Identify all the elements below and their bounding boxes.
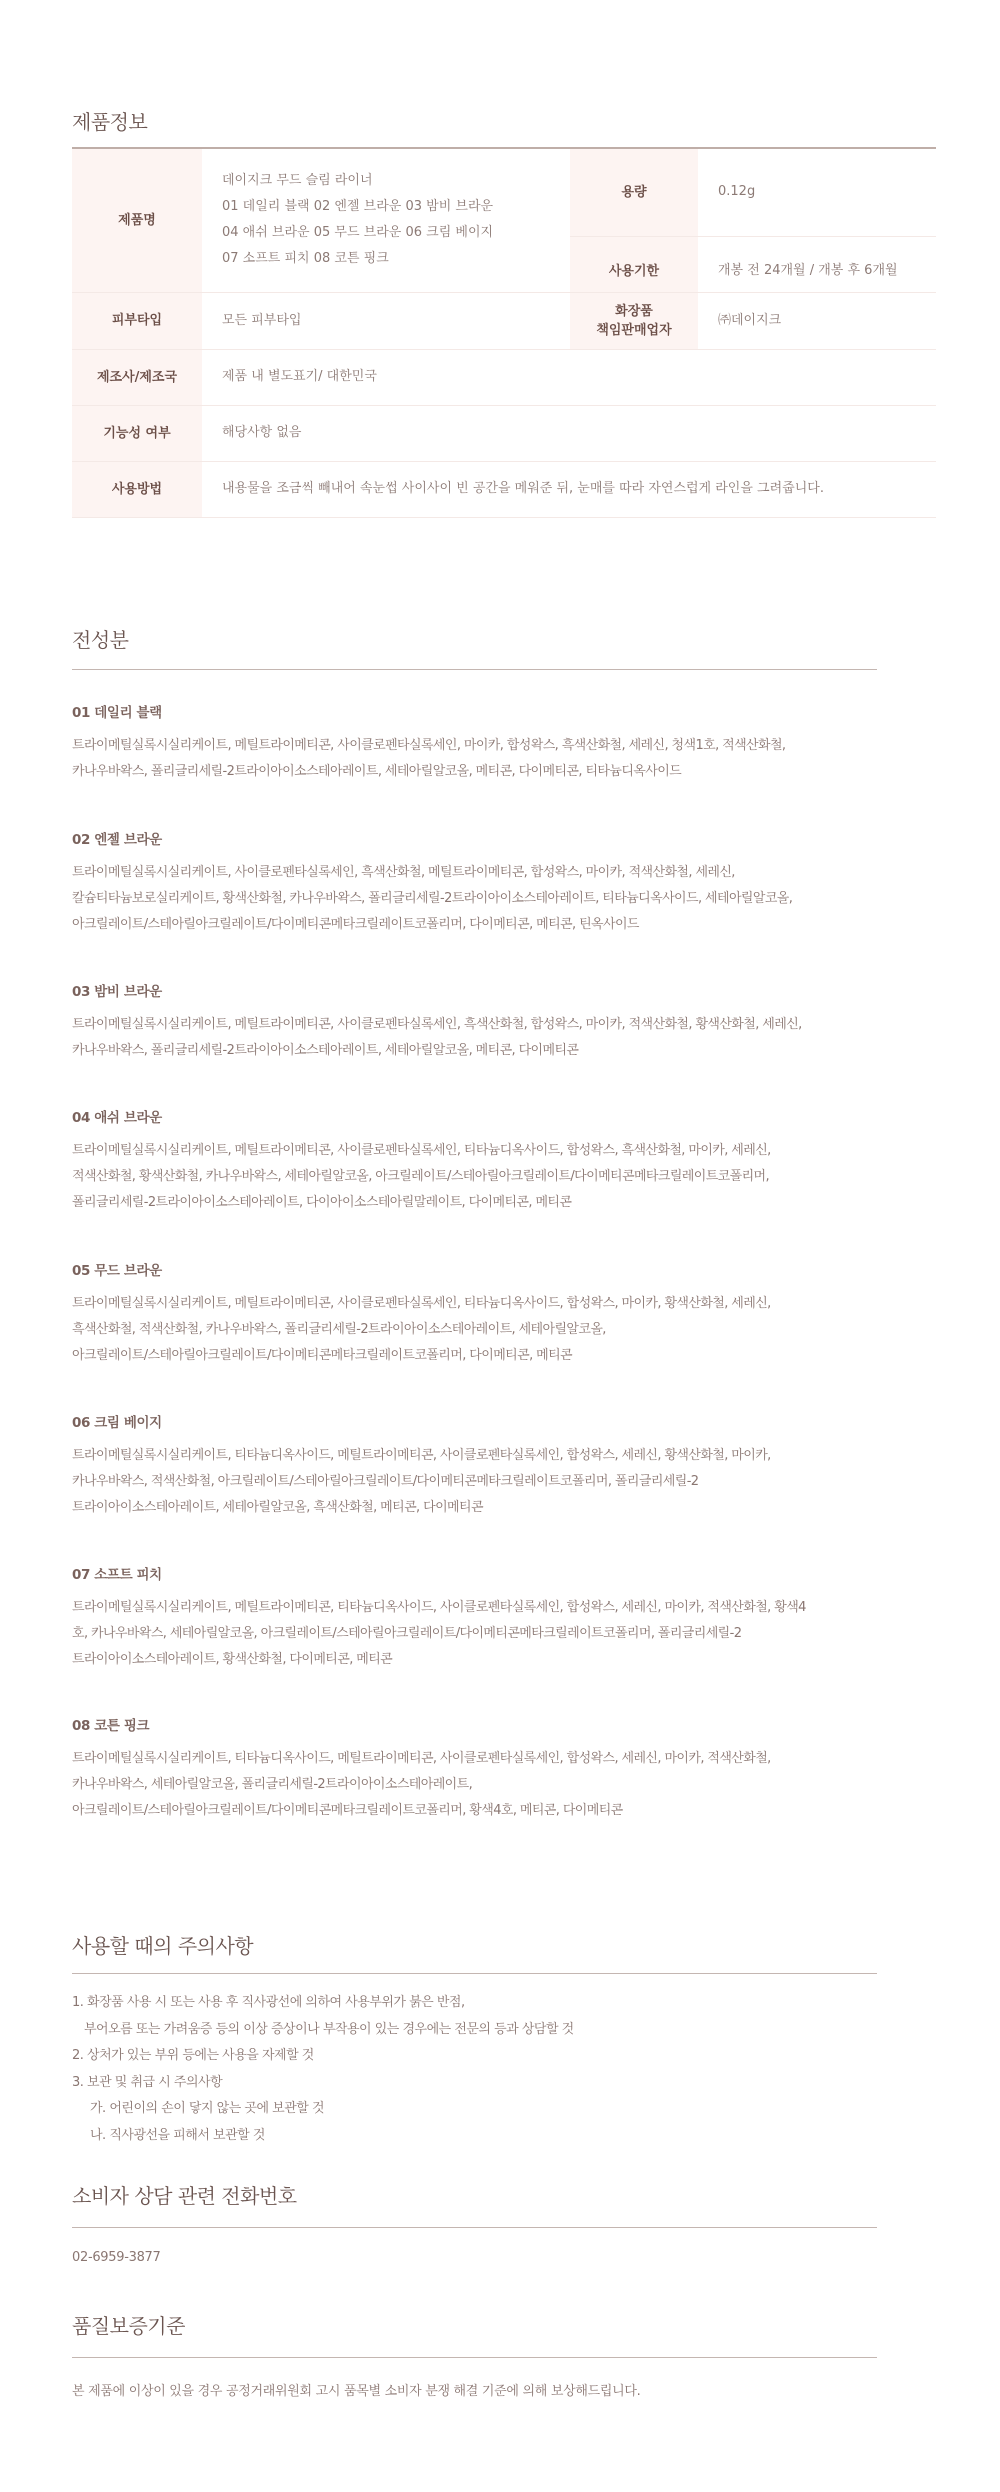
manufacturer-label: 제조사/제조국 [72, 349, 202, 405]
variant-name: 06 크림 베이지 [72, 1413, 936, 1433]
ingredient-list: 트라이메틸실록시실리케이트, 메틸트라이메티콘, 티타늄디옥사이드, 사이클로펜… [72, 1595, 912, 1673]
ingredient-line: 적색산화철, 황색산화철, 카나우바왁스, 세테아릴알코올, 아크릴레이트/스테… [72, 1164, 912, 1190]
ingredient-line: 트라이아이소스테아레이트, 황색산화철, 다이메티콘, 메티콘 [72, 1647, 912, 1673]
ingredient-line: 트라이메틸실록시실리케이트, 메틸트라이메티콘, 사이클로펜타실록세인, 마이카… [72, 733, 912, 759]
ingredient-line: 트라이메틸실록시실리케이트, 메틸트라이메티콘, 사이클로펜타실록세인, 티타늄… [72, 1291, 912, 1317]
usage-value: 내용물을 조금씩 빼내어 속눈썹 사이사이 빈 공간을 메워준 뒤, 눈매를 따… [202, 461, 936, 517]
variant-name: 07 소프트 피치 [72, 1565, 936, 1585]
ingredient-line: 흑색산화철, 적색산화철, 카나우바왁스, 폴리글리세릴-2트라이아이소스테아레… [72, 1317, 912, 1343]
variant-name: 03 밤비 브라운 [72, 982, 936, 1002]
variant-name: 01 데일리 블랙 [72, 703, 936, 723]
volume-value: 0.12g [698, 148, 936, 236]
variant-name: 05 무드 브라운 [72, 1261, 936, 1281]
cautions-header: 사용할 때의 주의사항 [72, 1930, 877, 1974]
table-row: 피부타입 모든 피부타입 화장품 책임판매업자 ㈜데이지크 [72, 292, 936, 349]
ingredient-line: 트라이메틸실록시실리케이트, 티타늄디옥사이드, 메틸트라이메티콘, 사이클로펜… [72, 1746, 912, 1772]
ingredient-list: 트라이메틸실록시실리케이트, 메틸트라이메티콘, 사이클로펜타실록세인, 티타늄… [72, 1138, 912, 1216]
ingredient-line: 칼슘티타늄보로실리케이트, 황색산화철, 카나우바왁스, 폴리글리세릴-2트라이… [72, 886, 912, 912]
ingredient-list: 트라이메틸실록시실리케이트, 사이클로펜타실록세인, 흑색산화철, 메틸트라이메… [72, 860, 912, 938]
caution-item: 가. 어린이의 손이 닿지 않는 곳에 보관할 것 [72, 2096, 877, 2123]
ingredient-line: 폴리글리세릴-2트라이아이소스테아레이트, 다이아이소스테아릴말레이트, 다이메… [72, 1190, 912, 1216]
product-name-label: 제품명 [72, 148, 202, 292]
ingredient-line: 카나우바왁스, 폴리글리세릴-2트라이아이소스테아레이트, 세테아릴알코올, 메… [72, 1038, 912, 1064]
ingredient-line: 호, 카나우바왁스, 세테아릴알코올, 아크릴레이트/스테아릴아크릴레이트/다이… [72, 1621, 912, 1647]
table-row: 제조사/제조국 제품 내 별도표기/ 대한민국 [72, 349, 936, 405]
ingredient-list: 트라이메틸실록시실리케이트, 메틸트라이메티콘, 사이클로펜타실록세인, 흑색산… [72, 1012, 912, 1064]
ingredient-line: 카나우바왁스, 세테아릴알코올, 폴리글리세릴-2트라이아이소스테아레이트, [72, 1772, 912, 1798]
divider [72, 669, 877, 670]
ingredient-group: 04 애쉬 브라운 트라이메틸실록시실리케이트, 메틸트라이메티콘, 사이클로펜… [72, 1108, 936, 1216]
ingredient-line: 카나우바왁스, 폴리글리세릴-2트라이아이소스테아레이트, 세테아릴알코올, 메… [72, 759, 912, 785]
ingredient-group: 05 무드 브라운 트라이메틸실록시실리케이트, 메틸트라이메티콘, 사이클로펜… [72, 1261, 936, 1369]
ingredient-line: 트라이메틸실록시실리케이트, 사이클로펜타실록세인, 흑색산화철, 메틸트라이메… [72, 860, 912, 886]
product-name-value: 데이지크 무드 슬림 라이너 01 데일리 블랙 02 엔젤 브라운 03 밤비… [202, 148, 570, 292]
ingredient-line: 트라이메틸실록시실리케이트, 티타늄디옥사이드, 메틸트라이메티콘, 사이클로펜… [72, 1443, 912, 1469]
consumer-phone-value: 02-6959-3877 [72, 2250, 877, 2265]
ingredient-line: 아크릴레이트/스테아릴아크릴레이트/다이메티콘메타크릴레이트코폴리머, 다이메티… [72, 1343, 912, 1369]
expiry-label: 사용기한 [570, 236, 698, 292]
ingredient-group: 03 밤비 브라운 트라이메틸실록시실리케이트, 메틸트라이메티콘, 사이클로펜… [72, 982, 936, 1064]
variant-name: 02 엔젤 브라운 [72, 830, 936, 850]
divider [72, 2227, 877, 2228]
product-name-line: 04 애쉬 브라운 05 무드 브라운 06 크림 베이지 [222, 220, 570, 246]
divider [72, 1973, 877, 1974]
cautions-list: 1. 화장품 사용 시 또는 사용 후 직사광선에 의하여 사용부위가 붉은 반… [72, 1990, 877, 2149]
seller-label-line: 책임판매업자 [570, 321, 698, 340]
ingredient-line: 아크릴레이트/스테아릴아크릴레이트/다이메티콘메타크릴레이트코폴리머, 황색4호… [72, 1798, 912, 1824]
skin-type-label: 피부타입 [72, 292, 202, 349]
functional-value: 해당사항 없음 [202, 405, 936, 461]
caution-item: 3. 보관 및 취급 시 주의사항 [72, 2070, 877, 2097]
seller-value: ㈜데이지크 [698, 292, 936, 349]
product-name-line: 07 소프트 피치 08 코튼 핑크 [222, 246, 570, 272]
seller-label-line: 화장품 [570, 302, 698, 321]
ingredient-list: 트라이메틸실록시실리케이트, 메틸트라이메티콘, 사이클로펜타실록세인, 마이카… [72, 733, 912, 785]
expiry-value: 개봉 전 24개월 / 개봉 후 6개월 [698, 236, 936, 292]
cautions-title: 사용할 때의 주의사항 [72, 1930, 877, 1959]
caution-item: 나. 직사광선을 피해서 보관할 것 [72, 2123, 877, 2150]
product-info-table: 제품명 데이지크 무드 슬림 라이너 01 데일리 블랙 02 엔젤 브라운 0… [72, 147, 936, 518]
ingredient-line: 트라이아이소스테아레이트, 세테아릴알코올, 흑색산화철, 메티콘, 다이메티콘 [72, 1495, 912, 1521]
caution-item: 1. 화장품 사용 시 또는 사용 후 직사광선에 의하여 사용부위가 붉은 반… [72, 1990, 877, 2017]
caution-item: 2. 상처가 있는 부위 등에는 사용을 자제할 것 [72, 2043, 877, 2070]
variant-name: 04 애쉬 브라운 [72, 1108, 936, 1128]
table-row: 사용방법 내용물을 조금씩 빼내어 속눈썹 사이사이 빈 공간을 메워준 뒤, … [72, 461, 936, 517]
ingredient-line: 트라이메틸실록시실리케이트, 메틸트라이메티콘, 사이클로펜타실록세인, 티타늄… [72, 1138, 912, 1164]
ingredient-list: 트라이메틸실록시실리케이트, 티타늄디옥사이드, 메틸트라이메티콘, 사이클로펜… [72, 1443, 912, 1521]
volume-label: 용량 [570, 148, 698, 236]
ingredient-line: 카나우바왁스, 적색산화철, 아크릴레이트/스테아릴아크릴레이트/다이메티콘메타… [72, 1469, 912, 1495]
variant-name: 08 코튼 핑크 [72, 1716, 936, 1736]
quality-header: 품질보증기준 [72, 2310, 877, 2358]
caution-item: 부어오름 또는 가려움증 등의 이상 증상이나 부작용이 있는 경우에는 전문의… [72, 2017, 877, 2044]
product-name-line: 01 데일리 블랙 02 엔젤 브라운 03 밤비 브라운 [222, 194, 570, 220]
table-row: 기능성 여부 해당사항 없음 [72, 405, 936, 461]
seller-label: 화장품 책임판매업자 [570, 292, 698, 349]
divider [72, 2357, 877, 2358]
ingredients-title: 전성분 [72, 624, 877, 653]
functional-label: 기능성 여부 [72, 405, 202, 461]
ingredient-group: 02 엔젤 브라운 트라이메틸실록시실리케이트, 사이클로펜타실록세인, 흑색산… [72, 830, 936, 938]
consumer-phone-title: 소비자 상담 관련 전화번호 [72, 2180, 877, 2209]
ingredient-list: 트라이메틸실록시실리케이트, 메틸트라이메티콘, 사이클로펜타실록세인, 티타늄… [72, 1291, 912, 1369]
quality-title: 품질보증기준 [72, 2310, 877, 2339]
ingredient-group: 01 데일리 블랙 트라이메틸실록시실리케이트, 메틸트라이메티콘, 사이클로펜… [72, 703, 936, 785]
ingredient-group: 07 소프트 피치 트라이메틸실록시실리케이트, 메틸트라이메티콘, 티타늄디옥… [72, 1565, 936, 1673]
ingredient-line: 트라이메틸실록시실리케이트, 메틸트라이메티콘, 티타늄디옥사이드, 사이클로펜… [72, 1595, 912, 1621]
ingredient-line: 아크릴레이트/스테아릴아크릴레이트/다이메티콘메타크릴레이트코폴리머, 다이메티… [72, 912, 912, 938]
table-row: 제품명 데이지크 무드 슬림 라이너 01 데일리 블랙 02 엔젤 브라운 0… [72, 148, 936, 236]
ingredient-list: 트라이메틸실록시실리케이트, 티타늄디옥사이드, 메틸트라이메티콘, 사이클로펜… [72, 1746, 912, 1824]
product-name-line: 데이지크 무드 슬림 라이너 [222, 168, 570, 194]
product-info-title: 제품정보 [72, 106, 147, 135]
quality-value: 본 제품에 이상이 있을 경우 공정거래위원회 고시 품목별 소비자 분쟁 해결… [72, 2380, 877, 2399]
skin-type-value: 모든 피부타입 [202, 292, 570, 349]
ingredient-group: 06 크림 베이지 트라이메틸실록시실리케이트, 티타늄디옥사이드, 메틸트라이… [72, 1413, 936, 1521]
ingredient-group: 08 코튼 핑크 트라이메틸실록시실리케이트, 티타늄디옥사이드, 메틸트라이메… [72, 1716, 936, 1824]
ingredient-line: 트라이메틸실록시실리케이트, 메틸트라이메티콘, 사이클로펜타실록세인, 흑색산… [72, 1012, 912, 1038]
consumer-phone-header: 소비자 상담 관련 전화번호 [72, 2180, 877, 2228]
manufacturer-value: 제품 내 별도표기/ 대한민국 [202, 349, 936, 405]
usage-label: 사용방법 [72, 461, 202, 517]
ingredients-header: 전성분 [72, 624, 877, 670]
